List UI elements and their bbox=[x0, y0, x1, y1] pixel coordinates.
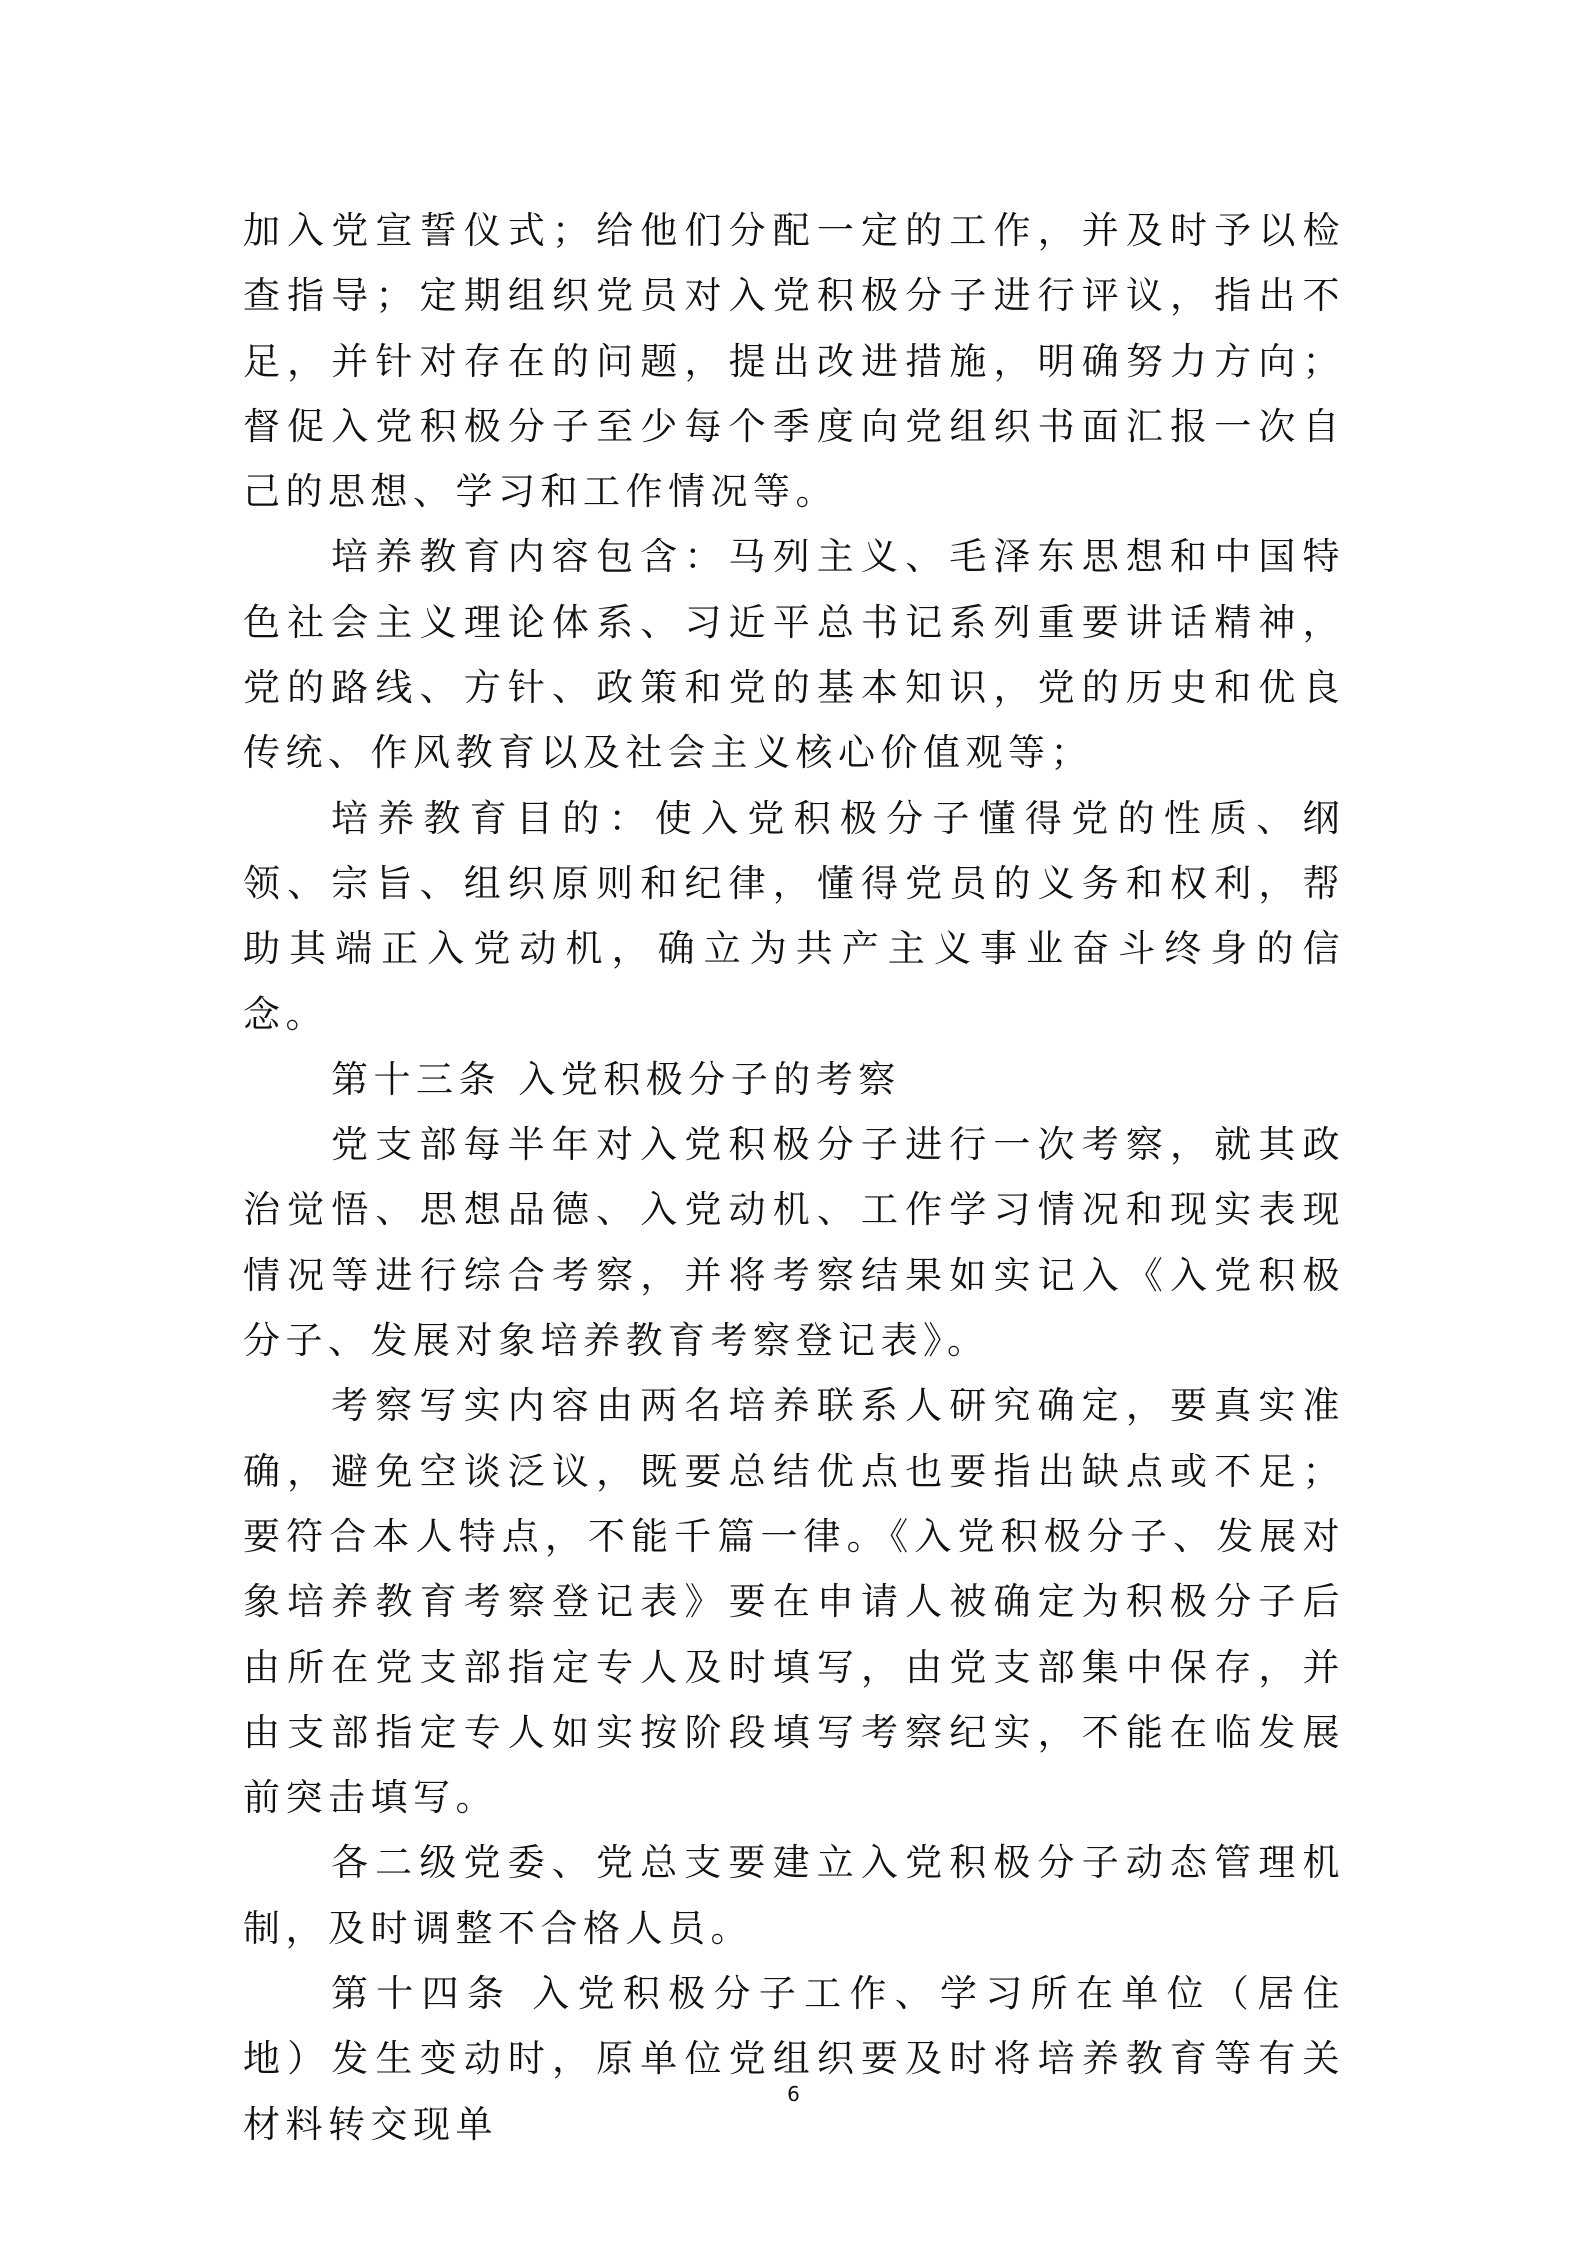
paragraph-training-content: 培养教育内容包含：马列主义、毛泽东思想和中国特色社会主义理论体系、习近平总书记系… bbox=[243, 524, 1345, 785]
paragraph-dynamic-management: 各二级党委、党总支要建立入党积极分子动态管理机制，及时调整不合格人员。 bbox=[243, 1830, 1345, 1961]
paragraph-continuation-training-measures: 加入党宣誓仪式；给他们分配一定的工作，并及时予以检查指导；定期组织党员对入党积极… bbox=[243, 198, 1345, 524]
document-body: 加入党宣誓仪式；给他们分配一定的工作，并及时予以检查指导；定期组织党员对入党积极… bbox=[243, 198, 1345, 2157]
page-number: 6 bbox=[0, 2082, 1587, 2106]
paragraph-training-purpose: 培养教育目的：使入党积极分子懂得党的性质、纲领、宗旨、组织原则和纪律，懂得党员的… bbox=[243, 786, 1345, 1047]
paragraph-inspection-record-requirements: 考察写实内容由两名培养联系人研究确定，要真实准确，避免空谈泛议，既要总结优点也要… bbox=[243, 1373, 1345, 1830]
article-13-heading: 第十三条 入党积极分子的考察 bbox=[243, 1047, 1345, 1112]
paragraph-half-year-inspection: 党支部每半年对入党积极分子进行一次考察，就其政治觉悟、思想品德、入党动机、工作学… bbox=[243, 1112, 1345, 1373]
document-page: 加入党宣誓仪式；给他们分配一定的工作，并及时予以检查指导；定期组织党员对入党积极… bbox=[0, 0, 1587, 2245]
article-14-paragraph: 第十四条 入党积极分子工作、学习所在单位（居住地）发生变动时，原单位党组织要及时… bbox=[243, 1961, 1345, 2157]
